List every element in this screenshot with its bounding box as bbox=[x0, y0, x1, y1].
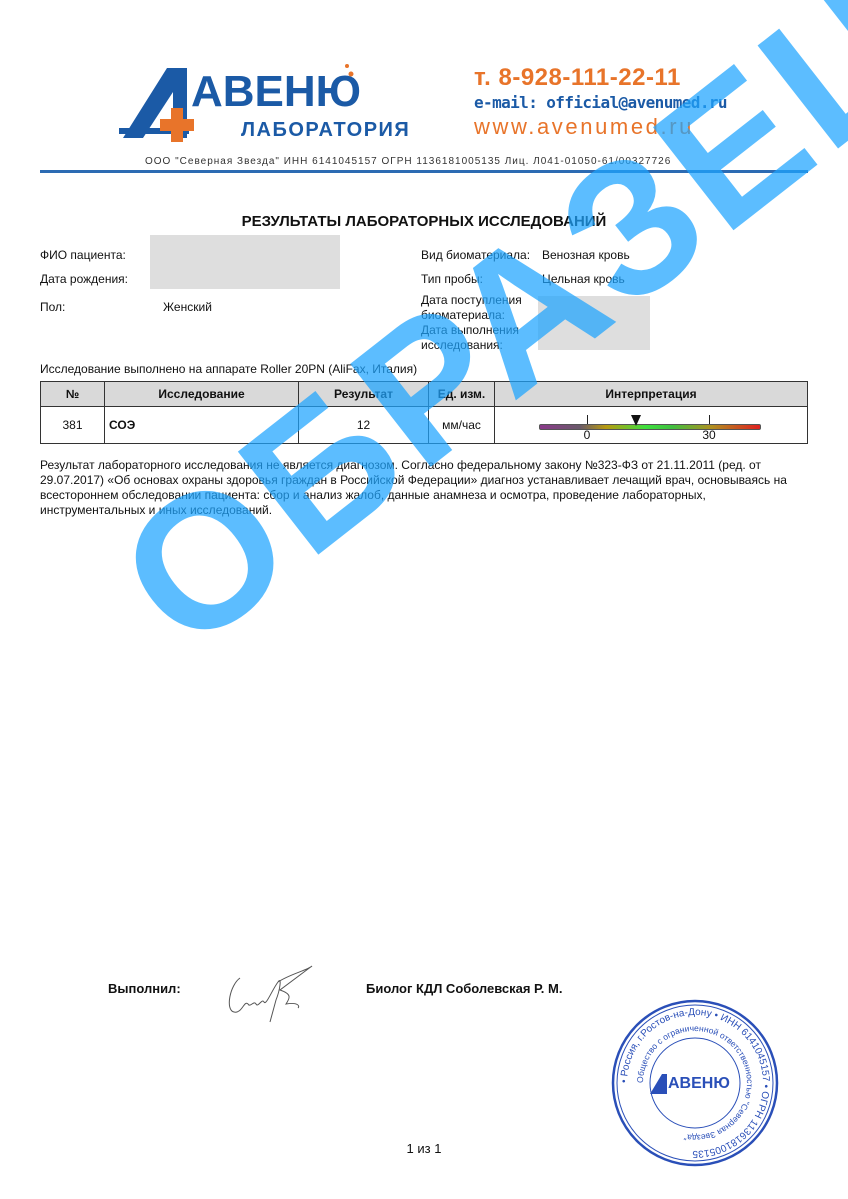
page-number: 1 из 1 bbox=[0, 1141, 848, 1156]
signature-image bbox=[220, 960, 320, 1030]
contact-website[interactable]: www.avenumed.ru bbox=[474, 114, 694, 140]
avenu-logo: АВЕНЮ ЛАБОРАТОРИЯ bbox=[115, 58, 445, 150]
sex-value: Женский bbox=[163, 300, 212, 315]
svg-text:ЛАБОРАТОРИЯ: ЛАБОРАТОРИЯ bbox=[241, 119, 410, 141]
sex-label: Пол: bbox=[40, 300, 65, 315]
birth-date-label: Дата рождения: bbox=[40, 272, 128, 287]
probe-type-label: Тип пробы: bbox=[421, 272, 483, 287]
test-name: СОЭ bbox=[105, 407, 299, 444]
result-marker-icon bbox=[631, 415, 641, 426]
reference-scale: 0 30 bbox=[539, 410, 763, 440]
interpretation-cell: 0 30 bbox=[495, 407, 808, 444]
scale-high-label: 30 bbox=[702, 428, 715, 442]
redacted-dates bbox=[538, 296, 650, 350]
page-title: РЕЗУЛЬТАТЫ ЛАБОРАТОРНЫХ ИССЛЕДОВАНИЙ bbox=[0, 213, 848, 230]
svg-text:АВЕНЮ: АВЕНЮ bbox=[191, 67, 361, 116]
biomaterial-value: Венозная кровь bbox=[542, 248, 630, 263]
redacted-patient-info bbox=[150, 235, 340, 289]
company-registration: ООО "Северная Звезда" ИНН 6141045157 ОГР… bbox=[145, 156, 671, 167]
results-table: № Исследование Результат Ед. изм. Интерп… bbox=[40, 381, 808, 444]
probe-type-value: Цельная кровь bbox=[542, 272, 625, 287]
scale-tick-high bbox=[709, 415, 710, 424]
patient-name-label: ФИО пациента: bbox=[40, 248, 126, 263]
table-row: 381 СОЭ 12 мм/час 0 30 bbox=[41, 407, 808, 444]
col-header-unit: Ед. изм. bbox=[429, 382, 495, 407]
col-header-result: Результат bbox=[299, 382, 429, 407]
device-note: Исследование выполнено на аппарате Rolle… bbox=[40, 362, 417, 377]
test-unit: мм/час bbox=[429, 407, 495, 444]
scale-gradient-bar bbox=[539, 424, 761, 430]
biomaterial-label: Вид биоматериала: bbox=[421, 248, 530, 263]
contact-email[interactable]: e-mail: official@avenumed.ru bbox=[474, 93, 727, 112]
scale-low-label: 0 bbox=[584, 428, 591, 442]
col-header-interpretation: Интерпретация bbox=[495, 382, 808, 407]
disclaimer-text: Результат лабораторного исследования не … bbox=[40, 458, 810, 518]
scale-tick-low bbox=[587, 415, 588, 424]
performed-by-label: Выполнил: bbox=[108, 981, 181, 996]
performed-date-label: Дата выполненияисследования: bbox=[421, 323, 519, 353]
svg-text:АВЕНЮ: АВЕНЮ bbox=[668, 1075, 730, 1092]
header-divider bbox=[40, 170, 808, 173]
table-header-row: № Исследование Результат Ед. изм. Интерп… bbox=[41, 382, 808, 407]
test-number: 381 bbox=[41, 407, 105, 444]
contact-phone: т. 8-928-111-22-11 bbox=[474, 64, 681, 92]
col-header-test: Исследование bbox=[105, 382, 299, 407]
col-header-number: № bbox=[41, 382, 105, 407]
test-result: 12 bbox=[299, 407, 429, 444]
received-date-label: Дата поступлениябиоматериала: bbox=[421, 293, 522, 323]
signer-name: Биолог КДЛ Соболевская Р. М. bbox=[366, 981, 562, 996]
